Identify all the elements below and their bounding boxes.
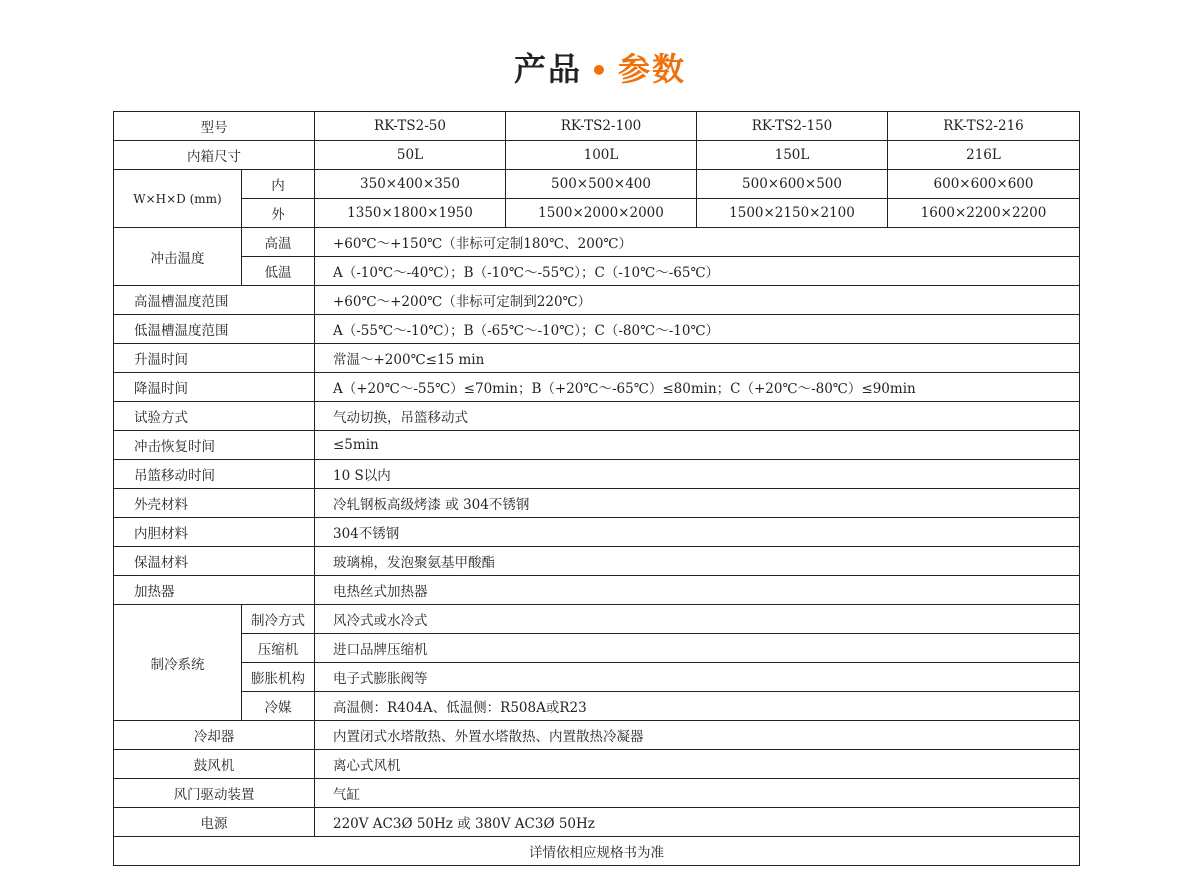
table-row: 加热器电热丝式加热器: [114, 576, 1080, 605]
row-value: A（+20℃～-55℃）≤70min；B（+20℃～-65℃）≤80min；C（…: [315, 373, 1080, 402]
volume-cell: 216L: [888, 141, 1080, 170]
row-label: 外壳材料: [114, 489, 315, 518]
table-row: 内胆材料304不锈钢: [114, 518, 1080, 547]
row-value: 离心式风机: [315, 750, 1080, 779]
refrig-sub-label: 膨胀机构: [242, 663, 315, 692]
table-row: 冷却器内置闭式水塔散热、外置水塔散热、内置散热冷凝器: [114, 721, 1080, 750]
row-label: 内胆材料: [114, 518, 315, 547]
dims-outer-label: 外: [242, 199, 315, 228]
row-value: 常温～+200℃≤15 min: [315, 344, 1080, 373]
dims-inner-cell: 350×400×350: [315, 170, 506, 199]
table-row: 电源220V AC3Ø 50Hz 或 380V AC3Ø 50Hz: [114, 808, 1080, 837]
table-row: 风门驱动装置气缸: [114, 779, 1080, 808]
row-value: 冷轧钢板高级烤漆 或 304不锈钢: [315, 489, 1080, 518]
table-row: 冲击恢复时间≤5min: [114, 431, 1080, 460]
table-row: 高温槽温度范围+60℃～+200℃（非标可定制到220℃）: [114, 286, 1080, 315]
shock-high-label: 高温: [242, 228, 315, 257]
dims-outer-cell: 1350×1800×1950: [315, 199, 506, 228]
page-title: 产品•参数: [0, 44, 1200, 90]
title-separator-dot: •: [590, 54, 610, 87]
row-label: 加热器: [114, 576, 315, 605]
dims-outer-cell: 1600×2200×2200: [888, 199, 1080, 228]
table-row-volume: 内箱尺寸 50L 100L 150L 216L: [114, 141, 1080, 170]
model-label: 型号: [114, 112, 315, 141]
row-label: 冲击恢复时间: [114, 431, 315, 460]
refrig-label: 制冷系统: [114, 605, 242, 721]
table-row: 吊篮移动时间10 S以内: [114, 460, 1080, 489]
table-row-shock-low: 低温 A（-10℃～-40℃）；B（-10℃～-55℃）；C（-10℃～-65℃…: [114, 257, 1080, 286]
row-value: 10 S以内: [315, 460, 1080, 489]
footer-note: 详情依相应规格书为准: [114, 837, 1080, 866]
table-row-shock-high: 冲击温度 高温 +60℃～+150℃（非标可定制180℃、200℃）: [114, 228, 1080, 257]
dims-label: W×H×D (mm): [114, 170, 242, 228]
dims-outer-cell: 1500×2000×2000: [506, 199, 697, 228]
row-label: 试验方式: [114, 402, 315, 431]
row-label: 降温时间: [114, 373, 315, 402]
refrig-value: 高温侧：R404A、低温侧：R508A或R23: [315, 692, 1080, 721]
table-row-refrig: 膨胀机构电子式膨胀阀等: [114, 663, 1080, 692]
dims-inner-cell: 600×600×600: [888, 170, 1080, 199]
row-label: 鼓风机: [114, 750, 315, 779]
row-value: 内置闭式水塔散热、外置水塔散热、内置散热冷凝器: [315, 721, 1080, 750]
table-row: 外壳材料冷轧钢板高级烤漆 或 304不锈钢: [114, 489, 1080, 518]
row-label: 升温时间: [114, 344, 315, 373]
table-row-model: 型号 RK-TS2-50 RK-TS2-100 RK-TS2-150 RK-TS…: [114, 112, 1080, 141]
row-value: 电热丝式加热器: [315, 576, 1080, 605]
table-row: 试验方式气动切换，吊篮移动式: [114, 402, 1080, 431]
table-row-dims-inner: W×H×D (mm) 内 350×400×350 500×500×400 500…: [114, 170, 1080, 199]
refrig-value: 风冷式或水冷式: [315, 605, 1080, 634]
shock-temp-label: 冲击温度: [114, 228, 242, 286]
table-row-refrig: 冷媒高温侧：R404A、低温侧：R508A或R23: [114, 692, 1080, 721]
refrig-sub-label: 制冷方式: [242, 605, 315, 634]
model-cell: RK-TS2-216: [888, 112, 1080, 141]
refrig-sub-label: 压缩机: [242, 634, 315, 663]
volume-cell: 50L: [315, 141, 506, 170]
row-label: 保温材料: [114, 547, 315, 576]
refrig-value: 进口品牌压缩机: [315, 634, 1080, 663]
refrig-value: 电子式膨胀阀等: [315, 663, 1080, 692]
volume-label: 内箱尺寸: [114, 141, 315, 170]
table-row-refrig: 压缩机进口品牌压缩机: [114, 634, 1080, 663]
title-product: 产品: [514, 50, 582, 88]
table-row: 降温时间A（+20℃～-55℃）≤70min；B（+20℃～-65℃）≤80mi…: [114, 373, 1080, 402]
row-label: 电源: [114, 808, 315, 837]
table-row: 低温槽温度范围A（-55℃～-10℃）；B（-65℃～-10℃）；C（-80℃～…: [114, 315, 1080, 344]
title-params: 参数: [618, 50, 686, 88]
shock-low-value: A（-10℃～-40℃）；B（-10℃～-55℃）；C（-10℃～-65℃）: [315, 257, 1080, 286]
refrig-sub-label: 冷媒: [242, 692, 315, 721]
row-label: 高温槽温度范围: [114, 286, 315, 315]
model-cell: RK-TS2-150: [697, 112, 888, 141]
row-label: 低温槽温度范围: [114, 315, 315, 344]
dims-outer-cell: 1500×2150×2100: [697, 199, 888, 228]
row-label: 风门驱动装置: [114, 779, 315, 808]
table-row: 保温材料玻璃棉，发泡聚氨基甲酸酯: [114, 547, 1080, 576]
table-row-dims-outer: 外 1350×1800×1950 1500×2000×2000 1500×215…: [114, 199, 1080, 228]
row-value: 304不锈钢: [315, 518, 1080, 547]
table-row: 升温时间常温～+200℃≤15 min: [114, 344, 1080, 373]
row-label: 吊篮移动时间: [114, 460, 315, 489]
dims-inner-label: 内: [242, 170, 315, 199]
dims-inner-cell: 500×500×400: [506, 170, 697, 199]
model-cell: RK-TS2-100: [506, 112, 697, 141]
row-value: +60℃～+200℃（非标可定制到220℃）: [315, 286, 1080, 315]
row-value: 气缸: [315, 779, 1080, 808]
model-cell: RK-TS2-50: [315, 112, 506, 141]
row-value: 玻璃棉，发泡聚氨基甲酸酯: [315, 547, 1080, 576]
volume-cell: 100L: [506, 141, 697, 170]
row-value: A（-55℃～-10℃）；B（-65℃～-10℃）；C（-80℃～-10℃）: [315, 315, 1080, 344]
shock-high-value: +60℃～+150℃（非标可定制180℃、200℃）: [315, 228, 1080, 257]
table-row-footer: 详情依相应规格书为准: [114, 837, 1080, 866]
row-label: 冷却器: [114, 721, 315, 750]
row-value: 气动切换，吊篮移动式: [315, 402, 1080, 431]
dims-inner-cell: 500×600×500: [697, 170, 888, 199]
table-row: 鼓风机离心式风机: [114, 750, 1080, 779]
table-row-refrig: 制冷系统 制冷方式 风冷式或水冷式: [114, 605, 1080, 634]
row-value: 220V AC3Ø 50Hz 或 380V AC3Ø 50Hz: [315, 808, 1080, 837]
spec-table: 型号 RK-TS2-50 RK-TS2-100 RK-TS2-150 RK-TS…: [113, 111, 1080, 866]
row-value: ≤5min: [315, 431, 1080, 460]
shock-low-label: 低温: [242, 257, 315, 286]
volume-cell: 150L: [697, 141, 888, 170]
